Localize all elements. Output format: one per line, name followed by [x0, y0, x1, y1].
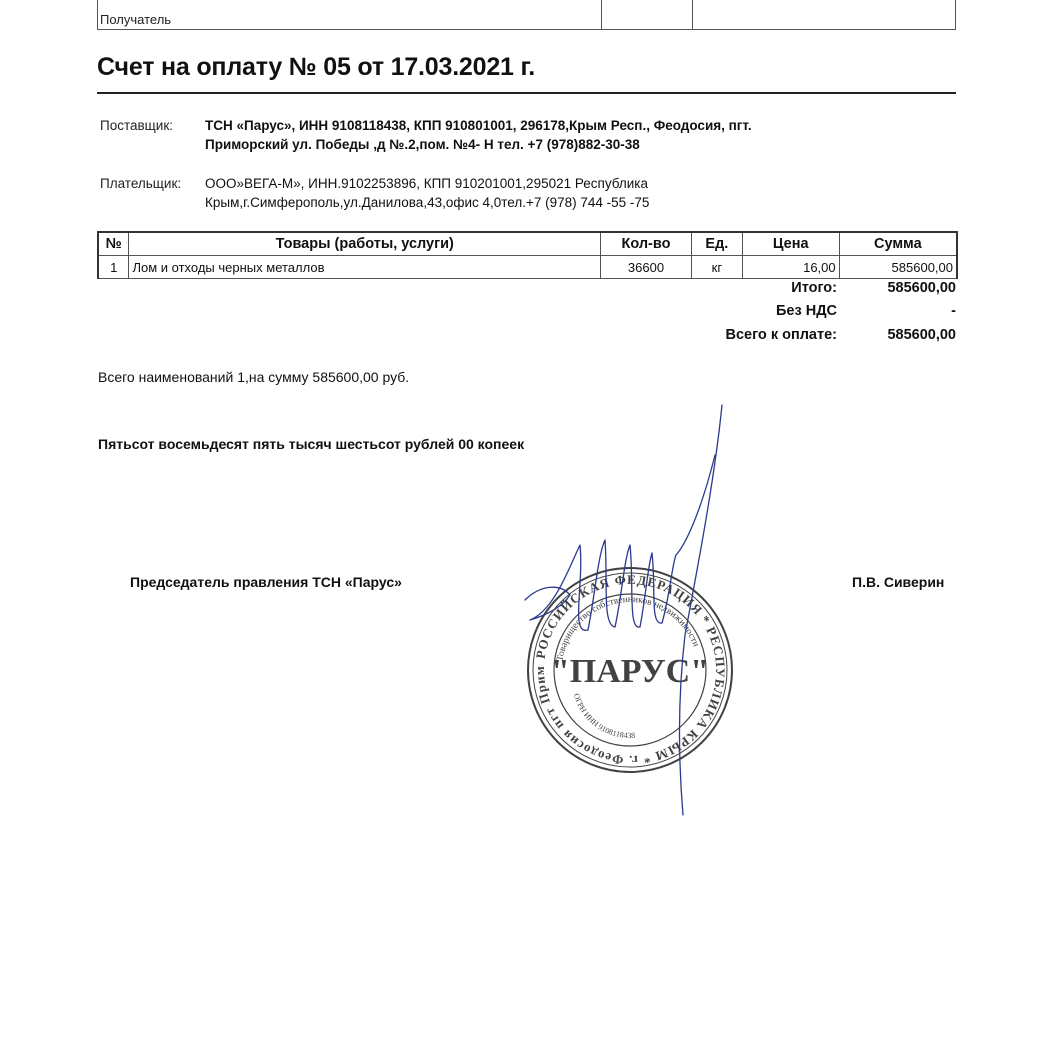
row-sum: 585600,00 [839, 256, 957, 279]
row-name: Лом и отходы черных металлов [129, 256, 601, 279]
header-qty: Кол-во [601, 232, 692, 256]
supplier-line-1: ТСН «Парус», ИНН 9108118438, КПП 9108010… [205, 116, 752, 135]
header-goods: Товары (работы, услуги) [129, 232, 601, 256]
subtotal-label: Итого: [791, 280, 837, 296]
header-no: № [98, 232, 129, 256]
supplier-label: Поставщик: [100, 118, 173, 133]
invoice-title: Счет на оплату № 05 от 17.03.2021 г. [97, 53, 535, 82]
handwritten-signature [500, 395, 760, 825]
header-price: Цена [742, 232, 839, 256]
row-unit: кг [691, 256, 742, 279]
signer-role: Председатель правления ТСН «Парус» [130, 574, 402, 590]
payer-label: Плательщик: [100, 176, 181, 191]
vat-label: Без НДС [776, 303, 837, 319]
header-sum: Сумма [839, 232, 957, 256]
items-summary: Всего наименований 1,на сумму 585600,00 … [98, 369, 409, 385]
recipient-label: Получатель [100, 12, 171, 27]
payer-line-1: ООО»ВЕГА-М», ИНН.9102253896, КПП 9102010… [205, 174, 648, 193]
table-header-row: № Товары (работы, услуги) Кол-во Ед. Цен… [98, 232, 957, 256]
signer-name: П.В. Сиверин [852, 574, 944, 590]
header-unit: Ед. [691, 232, 742, 256]
subtotal-value: 585600,00 [887, 280, 956, 296]
table-divider [692, 0, 693, 29]
table-divider [601, 0, 602, 29]
amount-in-words: Пятьсот восемьдесят пять тысяч шестьсот … [98, 436, 524, 452]
row-qty: 36600 [601, 256, 692, 279]
vat-value: - [951, 303, 956, 319]
row-price: 16,00 [742, 256, 839, 279]
title-divider [97, 92, 956, 94]
table-row: 1 Лом и отходы черных металлов 36600 кг … [98, 256, 957, 279]
row-no: 1 [98, 256, 129, 279]
payer-line-2: Крым,г.Симферополь,ул.Данилова,43,офис 4… [205, 193, 649, 212]
items-table: № Товары (работы, услуги) Кол-во Ед. Цен… [97, 231, 958, 279]
total-label: Всего к оплате: [725, 327, 837, 343]
supplier-line-2: Приморский ул. Победы ,д №.2,пом. №4- Н … [205, 135, 640, 154]
recipient-table [97, 0, 956, 30]
total-value: 585600,00 [887, 327, 956, 343]
